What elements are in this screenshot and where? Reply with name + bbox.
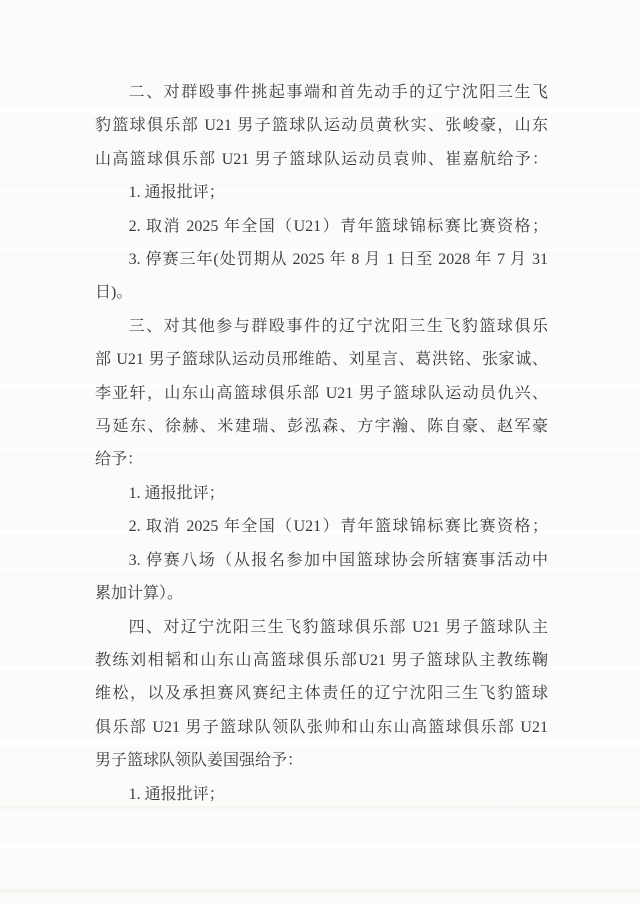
text-line: 教练刘相韬和山东山高篮球俱乐部U21 男子篮球队主教练鞠 bbox=[95, 644, 548, 677]
text-line: 豹篮球俱乐部 U21 男子篮球队运动员黄秋实、张峻豪，山东 bbox=[95, 109, 548, 142]
text-line: 1. 通报批评； bbox=[95, 477, 548, 510]
text-line: 山高篮球俱乐部 U21 男子篮球队运动员袁帅、崔嘉航给予： bbox=[95, 143, 548, 176]
text-line: 二、对群殴事件挑起事端和首先动手的辽宁沈阳三生飞 bbox=[95, 76, 548, 109]
text-line: 日)。 bbox=[95, 276, 548, 309]
text-line: 1. 通报批评； bbox=[95, 778, 548, 811]
text-line: 部 U21 男子篮球队运动员邢维皓、刘星言、葛洪铭、张家诚、 bbox=[95, 343, 548, 376]
text-line: 2. 取消 2025 年全国（U21）青年篮球锦标赛比赛资格； bbox=[95, 510, 548, 543]
text-line: 马延东、徐赫、米建瑞、彭泓森、方宇瀚、陈自豪、赵军豪 bbox=[95, 410, 548, 443]
paragraph-section-2-intro: 二、对群殴事件挑起事端和首先动手的辽宁沈阳三生飞 豹篮球俱乐部 U21 男子篮球… bbox=[95, 76, 548, 176]
document-page: 二、对群殴事件挑起事端和首先动手的辽宁沈阳三生飞 豹篮球俱乐部 U21 男子篮球… bbox=[0, 0, 640, 905]
text-line: 3. 停赛八场（从报名参加中国篮球协会所辖赛事活动中 bbox=[95, 544, 548, 577]
document-body: 二、对群殴事件挑起事端和首先动手的辽宁沈阳三生飞 豹篮球俱乐部 U21 男子篮球… bbox=[95, 0, 548, 811]
text-line: 维松，以及承担赛风赛纪主体责任的辽宁沈阳三生飞豹篮球 bbox=[95, 677, 548, 710]
penalty-item-3: 3. 停赛三年(处罚期从 2025 年 8 月 1 日至 2028 年 7 月 … bbox=[95, 243, 548, 310]
paragraph-section-4-intro: 四、对辽宁沈阳三生飞豹篮球俱乐部 U21 男子篮球队主 教练刘相韬和山东山高篮球… bbox=[95, 611, 548, 778]
text-line: 四、对辽宁沈阳三生飞豹篮球俱乐部 U21 男子篮球队主 bbox=[95, 611, 548, 644]
text-line: 给予： bbox=[95, 443, 548, 476]
paragraph-section-3-intro: 三、对其他参与群殴事件的辽宁沈阳三生飞豹篮球俱乐 部 U21 男子篮球队运动员邢… bbox=[95, 310, 548, 477]
penalty-item-1c: 1. 通报批评； bbox=[95, 778, 548, 811]
text-line: 累加计算）。 bbox=[95, 577, 548, 610]
penalty-item-1: 1. 通报批评； bbox=[95, 176, 548, 209]
text-line: 男子篮球队领队姜国强给予： bbox=[95, 744, 548, 777]
text-line: 3. 停赛三年(处罚期从 2025 年 8 月 1 日至 2028 年 7 月 … bbox=[95, 243, 548, 276]
text-line: 2. 取消 2025 年全国（U21）青年篮球锦标赛比赛资格； bbox=[95, 210, 548, 243]
text-line: 李亚轩，山东山高篮球俱乐部 U21 男子篮球队运动员仇兴、 bbox=[95, 377, 548, 410]
penalty-item-2: 2. 取消 2025 年全国（U21）青年篮球锦标赛比赛资格； bbox=[95, 210, 548, 243]
text-line: 三、对其他参与群殴事件的辽宁沈阳三生飞豹篮球俱乐 bbox=[95, 310, 548, 343]
penalty-item-3b: 3. 停赛八场（从报名参加中国篮球协会所辖赛事活动中 累加计算）。 bbox=[95, 544, 548, 611]
penalty-item-2b: 2. 取消 2025 年全国（U21）青年篮球锦标赛比赛资格； bbox=[95, 510, 548, 543]
text-line: 俱乐部 U21 男子篮球队领队张帅和山东山高篮球俱乐部 U21 bbox=[95, 711, 548, 744]
penalty-item-1b: 1. 通报批评； bbox=[95, 477, 548, 510]
text-line: 1. 通报批评； bbox=[95, 176, 548, 209]
